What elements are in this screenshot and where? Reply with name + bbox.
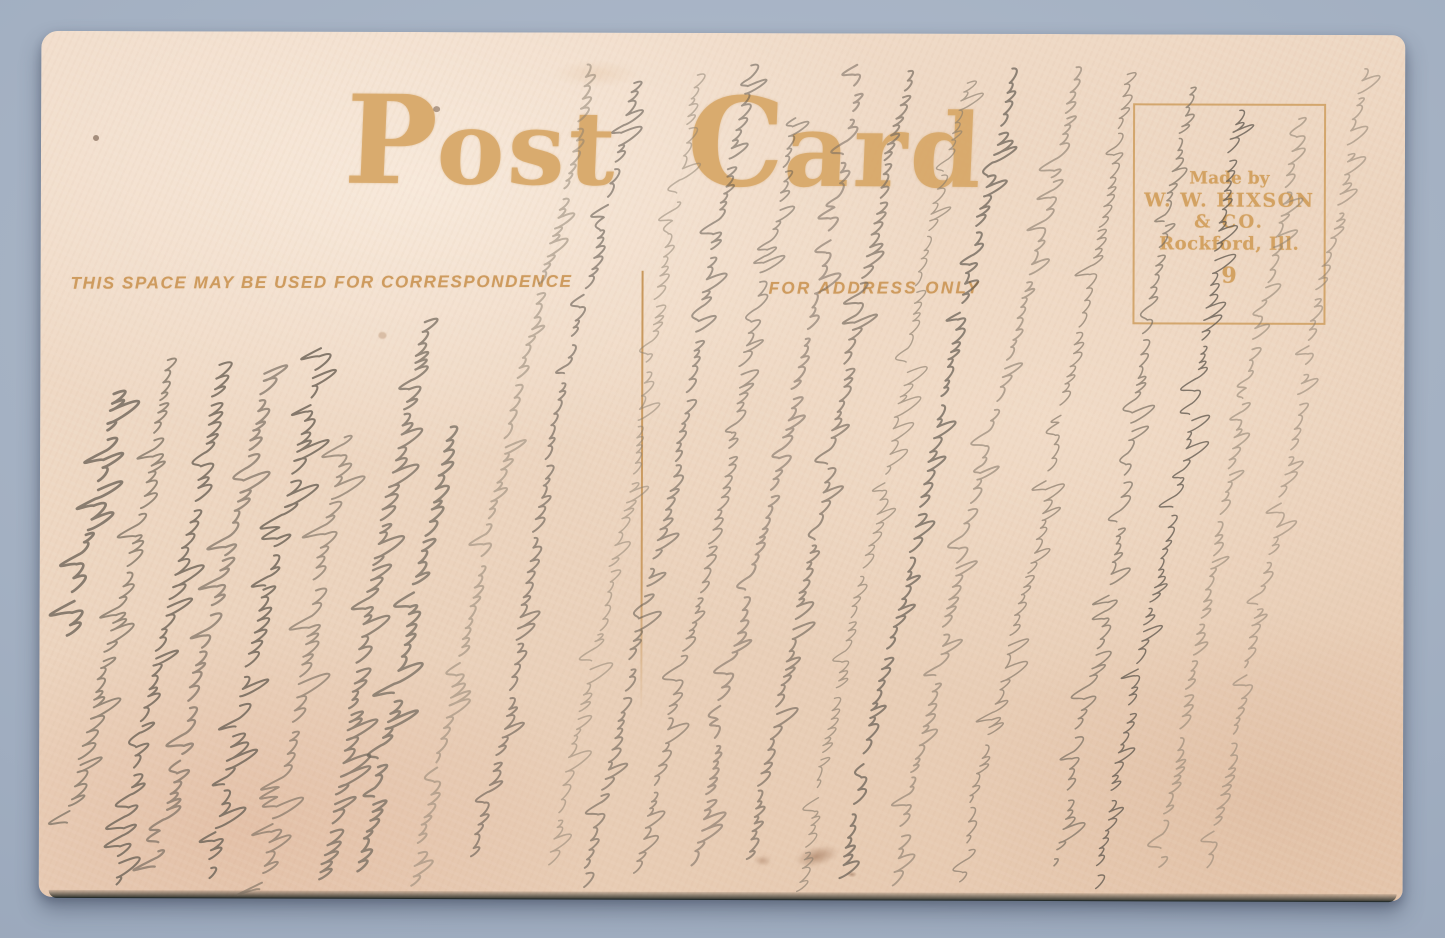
postcard: Post Card THIS SPACE MAY BE USED FOR COR… bbox=[39, 31, 1406, 901]
handwritten-message bbox=[39, 31, 1406, 901]
scan-background: Post Card THIS SPACE MAY BE USED FOR COR… bbox=[0, 0, 1445, 938]
